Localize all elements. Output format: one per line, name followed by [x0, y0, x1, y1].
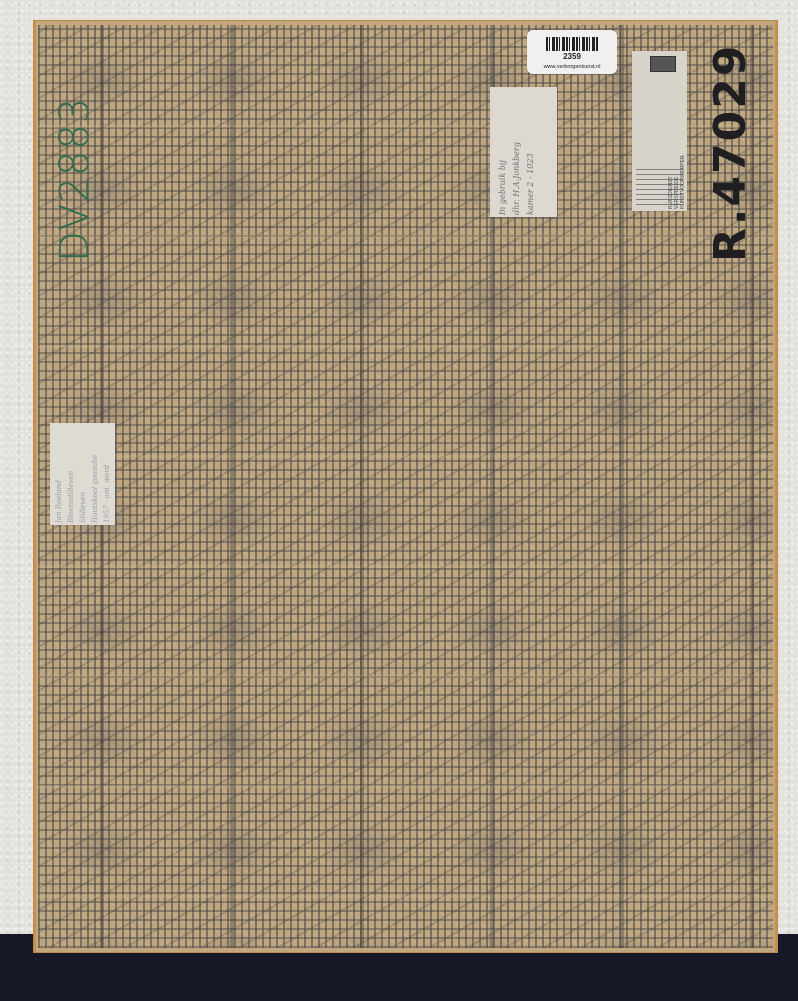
barcode-icon	[546, 37, 598, 51]
barcode-sticker: 2359 www.verborgenkunst.nl	[527, 30, 617, 74]
stamp-emblem-icon	[650, 56, 676, 72]
label-line: dhr. H.A.Jonkberg	[512, 142, 521, 215]
barcode-number: 2359	[563, 52, 581, 61]
label-line: Bloemstilleven	[67, 471, 75, 523]
barcode-url: www.verborgenkunst.nl	[544, 64, 601, 70]
label-line: Jan Roeland	[55, 480, 63, 523]
stamp-label-top-right: RIJKSDIENST VERSPREIDE KUNSTVOORWERPEN	[632, 51, 687, 211]
label-line: 1957 - onl. word	[103, 465, 111, 523]
label-line: kamer 2 - 1023	[526, 153, 535, 215]
green-handwritten-marking: DV2883	[52, 97, 98, 262]
stamp-line: KUNSTVOORWERPEN	[680, 155, 686, 209]
handwritten-label-left: Jan Roeland Bloemstilleven Stilleven Hou…	[50, 423, 115, 525]
label-line: Houtskool gouache	[91, 455, 99, 523]
label-line: In gebruik bij	[498, 160, 507, 215]
handwritten-label-top-center: In gebruik bij dhr. H.A.Jonkberg kamer 2…	[490, 87, 557, 217]
inventory-number-marking: R.47029	[705, 44, 756, 263]
label-line: Stilleven	[79, 492, 87, 523]
